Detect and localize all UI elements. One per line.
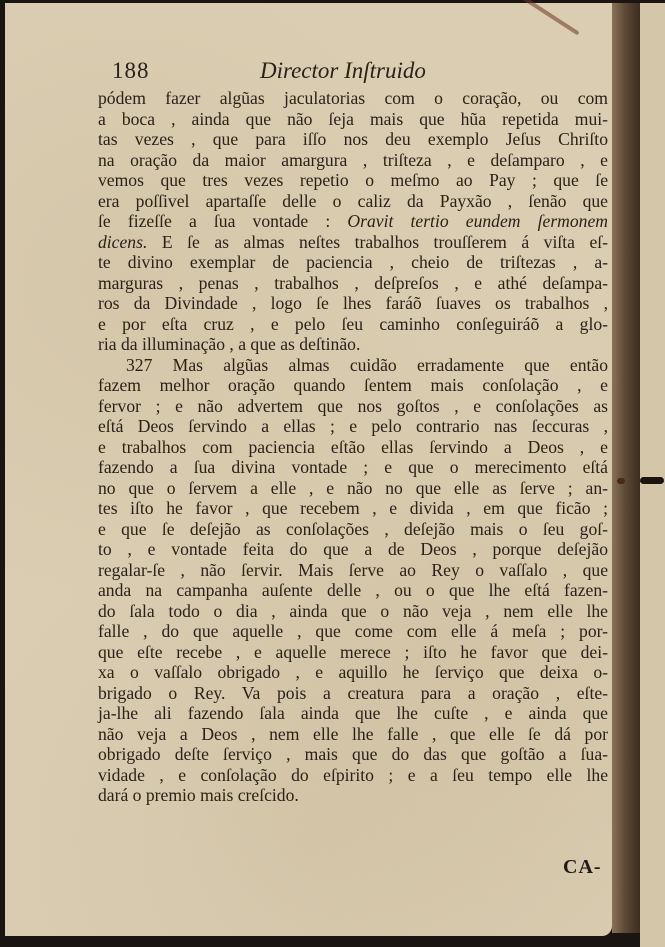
text-line: 327 Mas algũas almas cuidão erradamente …: [98, 355, 608, 376]
text-line: fervor ; e não advertem que nos goſtos ,…: [98, 396, 608, 417]
text-line: regalar-ſe , não ſervir. Mais ſerve ao R…: [98, 560, 608, 581]
text-line: ria da illuminação , a que as deſtinão.: [98, 334, 608, 355]
text-line: ros da Divindade , logo ſe lhes faráõ ſu…: [98, 293, 608, 314]
text-line: na oração da maior amargura , triſteza ,…: [98, 150, 608, 171]
text-line: anda na campanha auſente delle , ou o qu…: [98, 580, 608, 601]
text-line: e que ſe deſejão as conſolações , deſejã…: [98, 519, 608, 540]
adjacent-page-edge: [640, 3, 665, 947]
text-line: brigado o Rey. Va pois a creatura para a…: [98, 683, 608, 704]
text-line: dicens. E ſe as almas neſtes trabalhos t…: [98, 232, 608, 253]
text-line: era poſſivel apartaſſe delle o caliz da …: [98, 191, 608, 212]
catchword: CA-: [563, 856, 602, 879]
text-line: marguras , penas , trabalhos , deſpreſos…: [98, 273, 608, 294]
text-line: pódem fazer algũas jaculatorias com o co…: [98, 88, 608, 109]
text-line: xa o vaſſalo obrigado , e aquillo he ſer…: [98, 662, 608, 683]
text-line: to , e vontade feita do que a de Deos , …: [98, 539, 608, 560]
page-number: 188: [112, 58, 150, 84]
text-line: no que o ſervem a elle , e não no que el…: [98, 478, 608, 499]
ink-blot: [617, 478, 625, 484]
body-text: pódem fazer algũas jaculatorias com o co…: [98, 88, 608, 806]
text-line: e trabalhos com paciencia eſtão ellas ſe…: [98, 437, 608, 458]
text-line: falle , do que aquelle , que come com el…: [98, 621, 608, 642]
latin-quote: dicens.: [98, 232, 162, 252]
text-line: não veja a Deos , nem elle lhe falle , q…: [98, 724, 608, 745]
text-line: vemos que tres vezes repetio o meſmo ao …: [98, 170, 608, 191]
text-line: tas vezes , que para iſſo nos deu exempl…: [98, 129, 608, 150]
text-line: dará o premio mais creſcido.: [98, 785, 608, 806]
text-line: ſe fizeſſe a ſua vontade : Oravit tertio…: [98, 211, 608, 232]
text-line: fazendo a ſua divina vontade ; e que o m…: [98, 457, 608, 478]
text-line: do ſala todo o dia , ainda que o não vej…: [98, 601, 608, 622]
latin-quote: Oravit tertio eundem ſermonem: [330, 211, 608, 231]
text-line: e por eſta cruz , e pelo ſeu caminho con…: [98, 314, 608, 335]
ink-blot: [640, 477, 664, 484]
text-line: ja-lhe ali fazendo ſala ainda que lhe cu…: [98, 703, 608, 724]
text-line: tes iſto he favor , que recebem , e divi…: [98, 498, 608, 519]
text-line: que eſte recebe , e aquelle merece ; iſt…: [98, 642, 608, 663]
text-line: eſtá Deos ſervindo a ellas ; e pelo cont…: [98, 416, 608, 437]
text-line: te divino exemplar de paciencia , cheio …: [98, 252, 608, 273]
page-header: 188 Director Inſtruido: [112, 58, 612, 88]
scan-border: [0, 936, 640, 947]
running-title: Director Inſtruido: [260, 58, 426, 84]
text-line: vidade , e conſolação do eſpirito ; e a …: [98, 765, 608, 786]
page-gutter: [612, 3, 640, 933]
text-line: fazem melhor oração quando ſentem mais c…: [98, 375, 608, 396]
text-line: obrigado deſte ſerviço , mais que do das…: [98, 744, 608, 765]
text-line: a boca , ainda que não ſeja mais que hũa…: [98, 109, 608, 130]
